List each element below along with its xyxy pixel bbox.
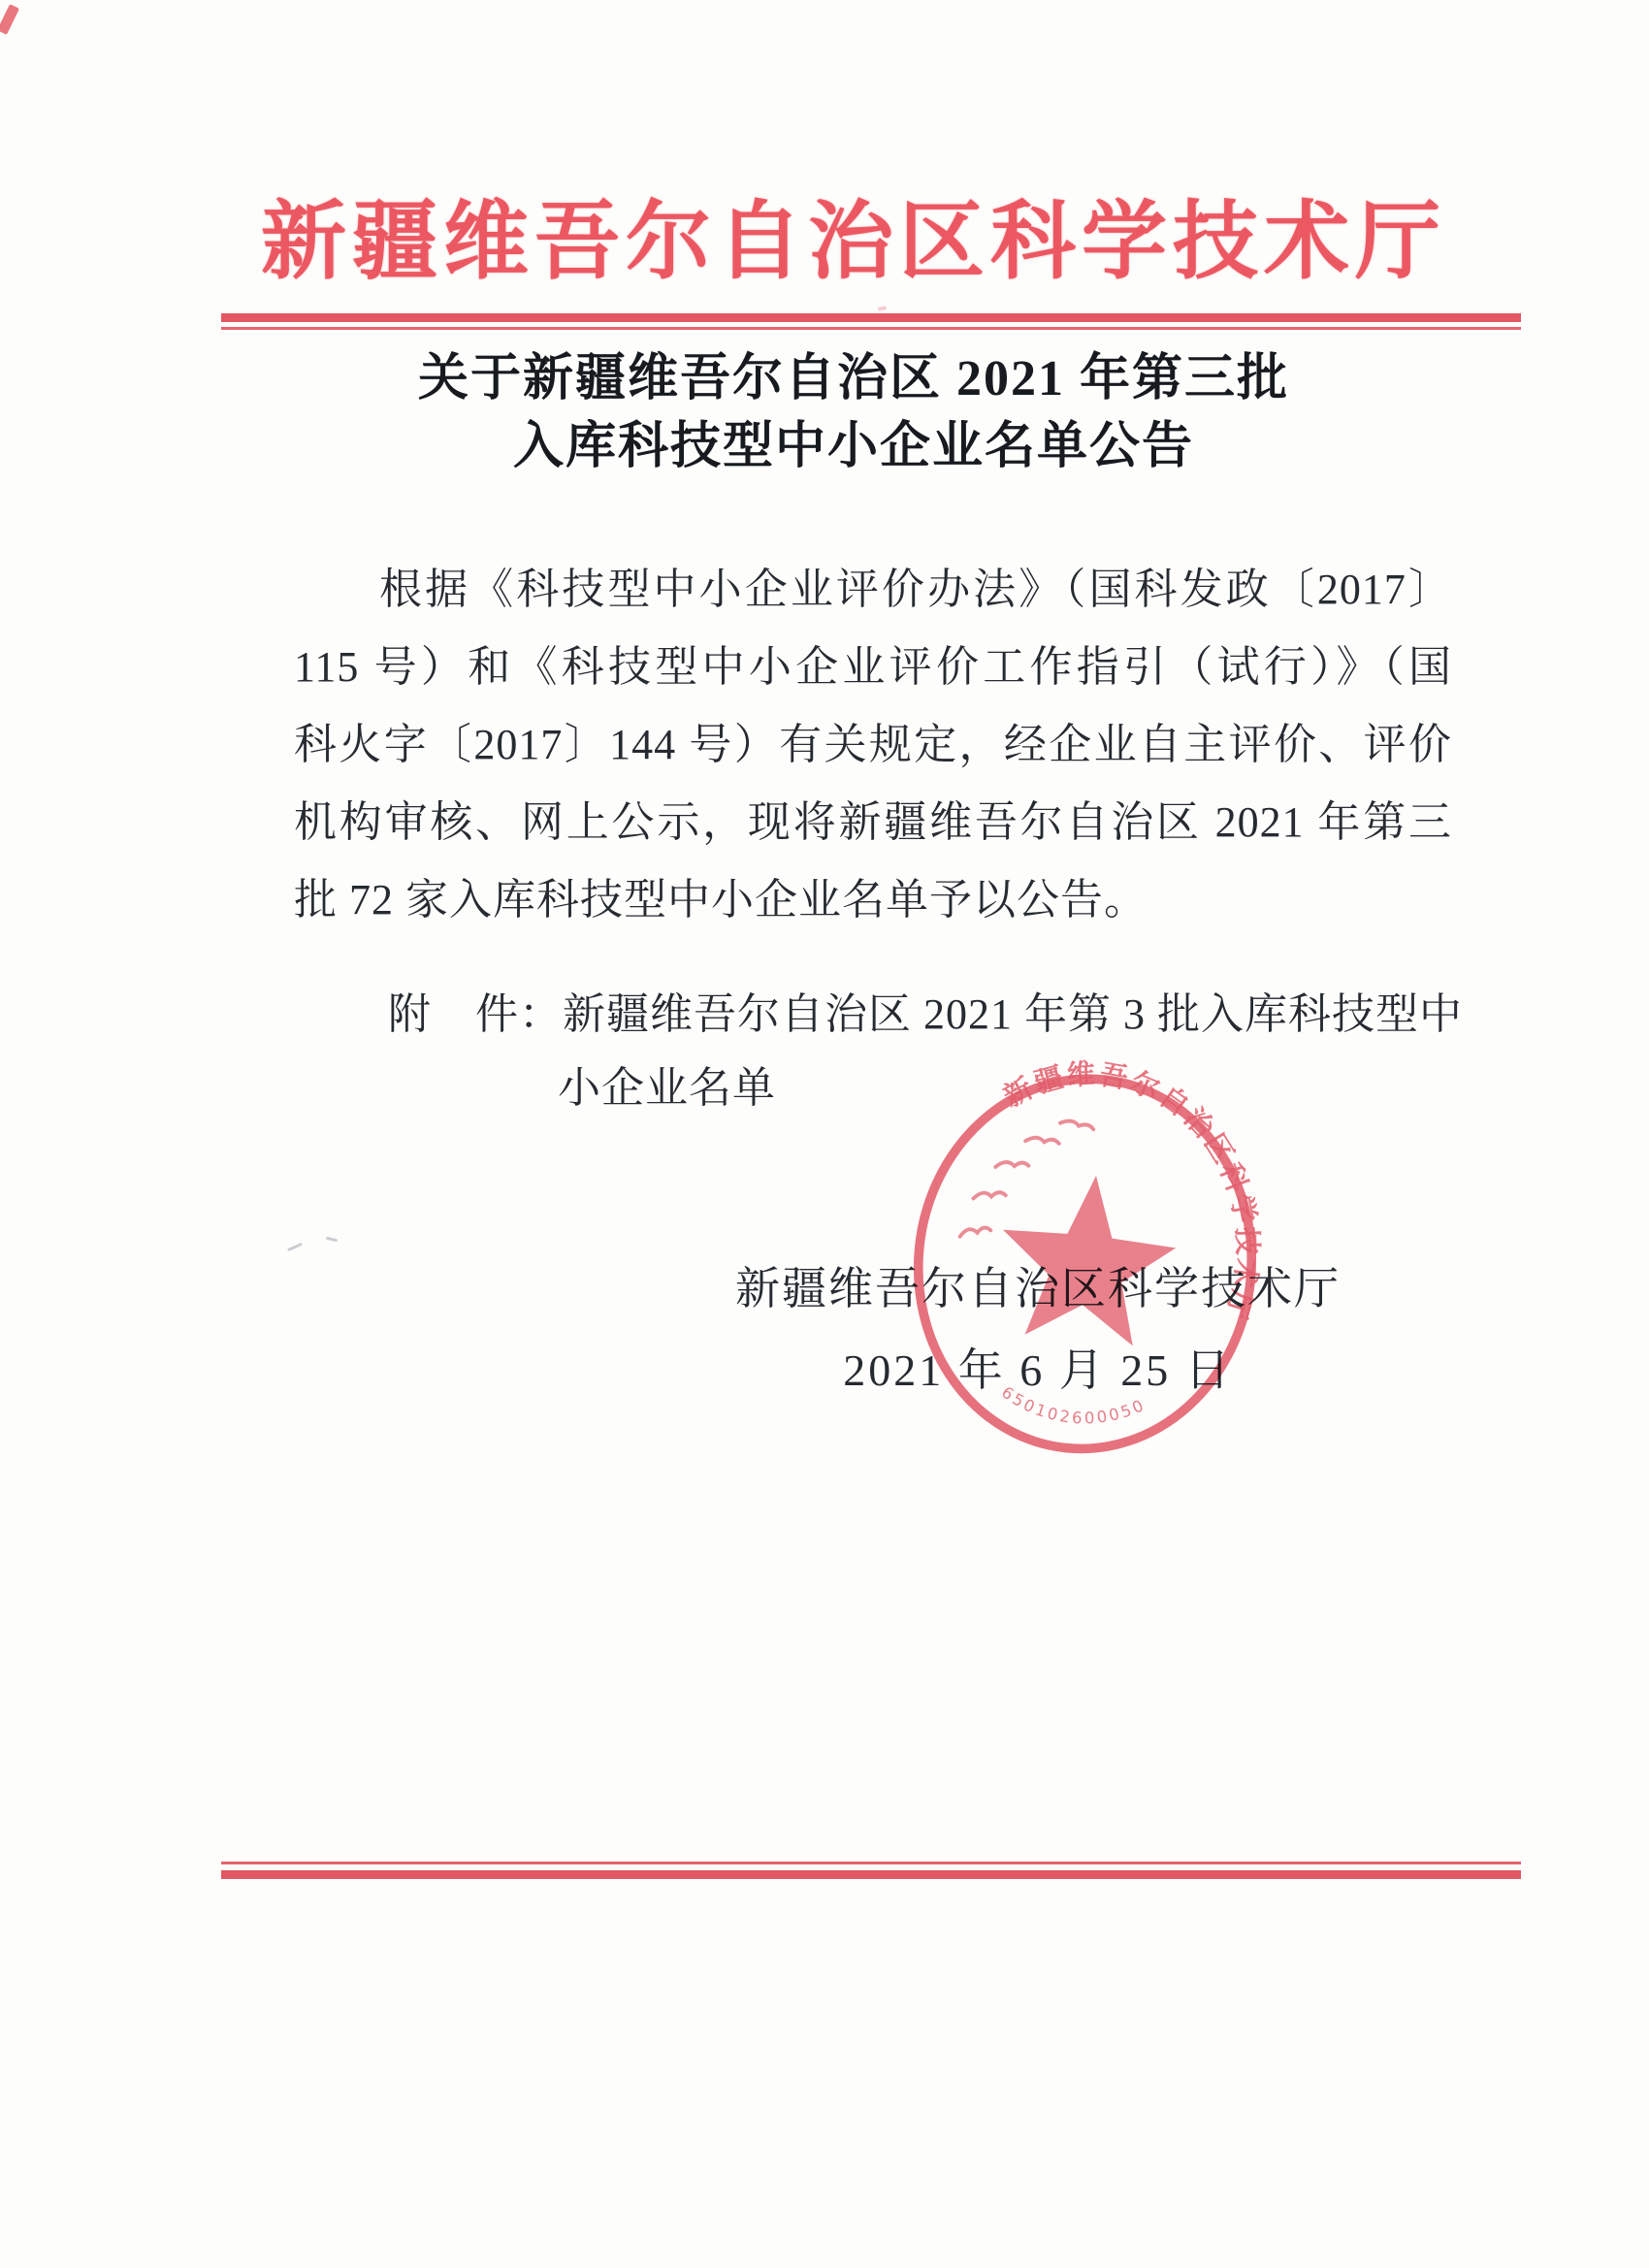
body-line: 115 号）和《科技型中小企业评价工作指引（试行）》（国 bbox=[294, 629, 1452, 706]
scanned-document-page: 新疆维吾尔自治区科学技术厅 关于新疆维吾尔自治区 2021 年第三批 入库科技型… bbox=[0, 0, 1649, 2268]
footer-rule-thick bbox=[221, 1870, 1521, 1879]
document-title-line1: 关于新疆维吾尔自治区 2021 年第三批 bbox=[145, 345, 1562, 413]
attachment-label: 附 件： bbox=[388, 990, 563, 1038]
pencil-mark-artifact bbox=[287, 1243, 303, 1251]
seal-ring-text: 新疆维吾尔自治区科学技术厅 bbox=[977, 1049, 1281, 1326]
seal-star-icon bbox=[992, 1167, 1182, 1349]
attachment-text: 新疆维吾尔自治区 2021 年第 3 批入库科技型中 bbox=[563, 990, 1463, 1038]
body-line: 批 72 家入库科技型中小企业名单予以公告。 bbox=[294, 861, 1452, 939]
seal-serial-number: 650102600050 bbox=[996, 1380, 1150, 1435]
attachment-line1: 附 件：新疆维吾尔自治区 2021 年第 3 批入库科技型中 bbox=[294, 978, 1452, 1052]
official-seal-stamp-icon: 新疆维吾尔自治区科学技术厅 650102600050 bbox=[864, 1034, 1307, 1485]
body-line: 机构审核、网上公示，现将新疆维吾尔自治区 2021 年第三 bbox=[294, 784, 1452, 861]
footer-rule-thin bbox=[221, 1862, 1521, 1864]
letterhead-rule-thin bbox=[221, 327, 1521, 330]
body-line: 科火字〔2017〕144 号）有关规定，经企业自主评价、评价 bbox=[294, 706, 1452, 784]
scan-speck bbox=[878, 306, 888, 311]
svg-text:新疆维吾尔自治区科学技术厅: 新疆维吾尔自治区科学技术厅 bbox=[977, 1049, 1281, 1326]
body-paragraph: 根据《科技型中小企业评价办法》（国科发政〔2017〕 115 号）和《科技型中小… bbox=[294, 551, 1452, 939]
pencil-mark-artifact bbox=[326, 1237, 338, 1243]
body-line: 根据《科技型中小企业评价办法》（国科发政〔2017〕 bbox=[294, 551, 1452, 629]
document-title-line2: 入库科技型中小企业名单公告 bbox=[145, 413, 1562, 481]
scan-corner-artifact bbox=[0, 4, 19, 35]
letterhead-title: 新疆维吾尔自治区科学技术厅 bbox=[145, 186, 1562, 301]
svg-text:650102600050: 650102600050 bbox=[996, 1380, 1150, 1435]
document-title: 关于新疆维吾尔自治区 2021 年第三批 入库科技型中小企业名单公告 bbox=[145, 345, 1562, 481]
letterhead-rule-thick bbox=[221, 313, 1521, 322]
